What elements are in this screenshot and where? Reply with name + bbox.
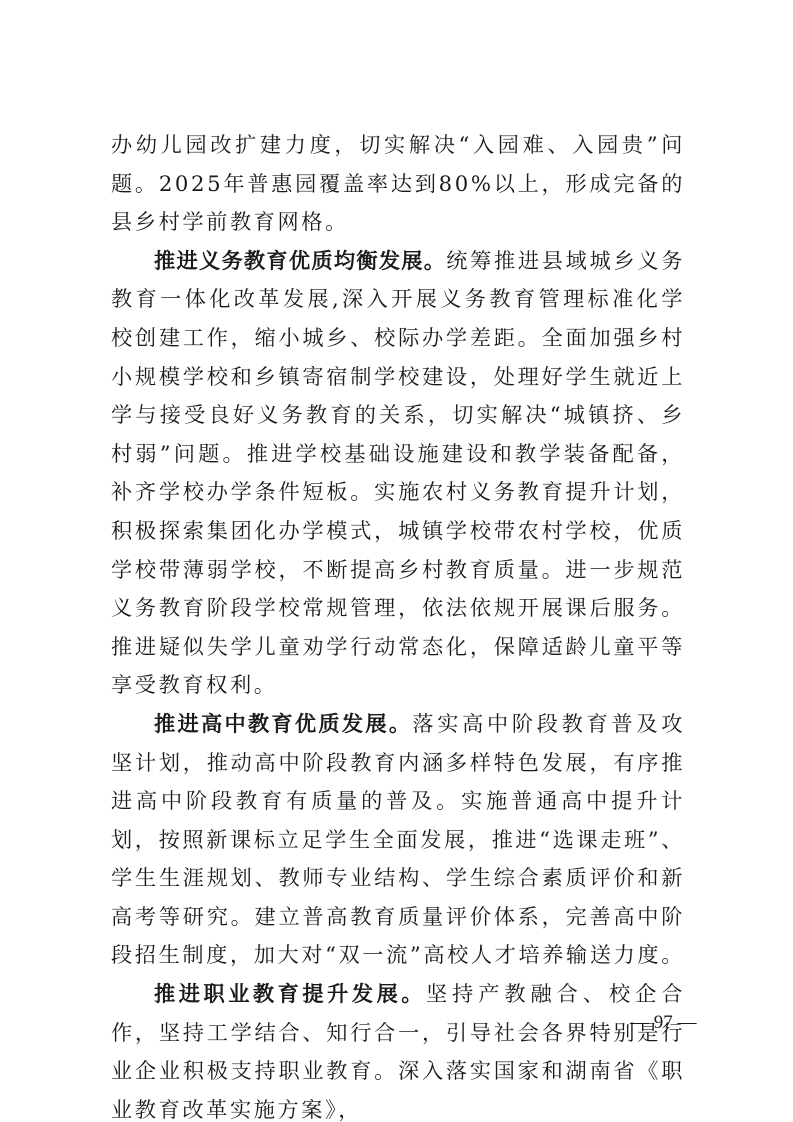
paragraph-text: 统筹推进县域城乡义务教育一体化改革发展,深入开展义务教育管理标准化学校创建工作，… [111,248,685,698]
paragraph-compulsory-education: 推进义务教育优质均衡发展。统筹推进县域城乡义务教育一体化改革发展,深入开展义务教… [111,242,685,705]
document-body: 办幼儿园改扩建力度，切实解决“入园难、入园贵”问题。2025年普惠园覆盖率达到8… [111,126,685,1122]
paragraph-text: 办幼儿园改扩建力度，切实解决“入园难、入园贵”问题。2025年普惠园覆盖率达到8… [111,132,685,234]
paragraph-text: 落实高中阶段教育普及攻坚计划，推动高中阶段教育内涵多样特色发展，有序推进高中阶段… [111,711,685,968]
paragraph-preschool-continued: 办幼儿园改扩建力度，切实解决“入园难、入园贵”问题。2025年普惠园覆盖率达到8… [111,126,685,242]
paragraph-vocational-education: 推进职业教育提升发展。坚持产教融合、校企合作，坚持工学结合、知行合一，引导社会各… [111,975,685,1122]
paragraph-high-school-education: 推进高中教育优质发展。落实高中阶段教育普及攻坚计划，推动高中阶段教育内涵多样特色… [111,705,685,975]
paragraph-heading: 推进职业教育提升发展。 [154,981,426,1006]
paragraph-heading: 推进义务教育优质均衡发展。 [154,248,446,273]
paragraph-heading: 推进高中教育优质发展。 [154,711,412,736]
page-number: — 97 — [630,1012,697,1034]
